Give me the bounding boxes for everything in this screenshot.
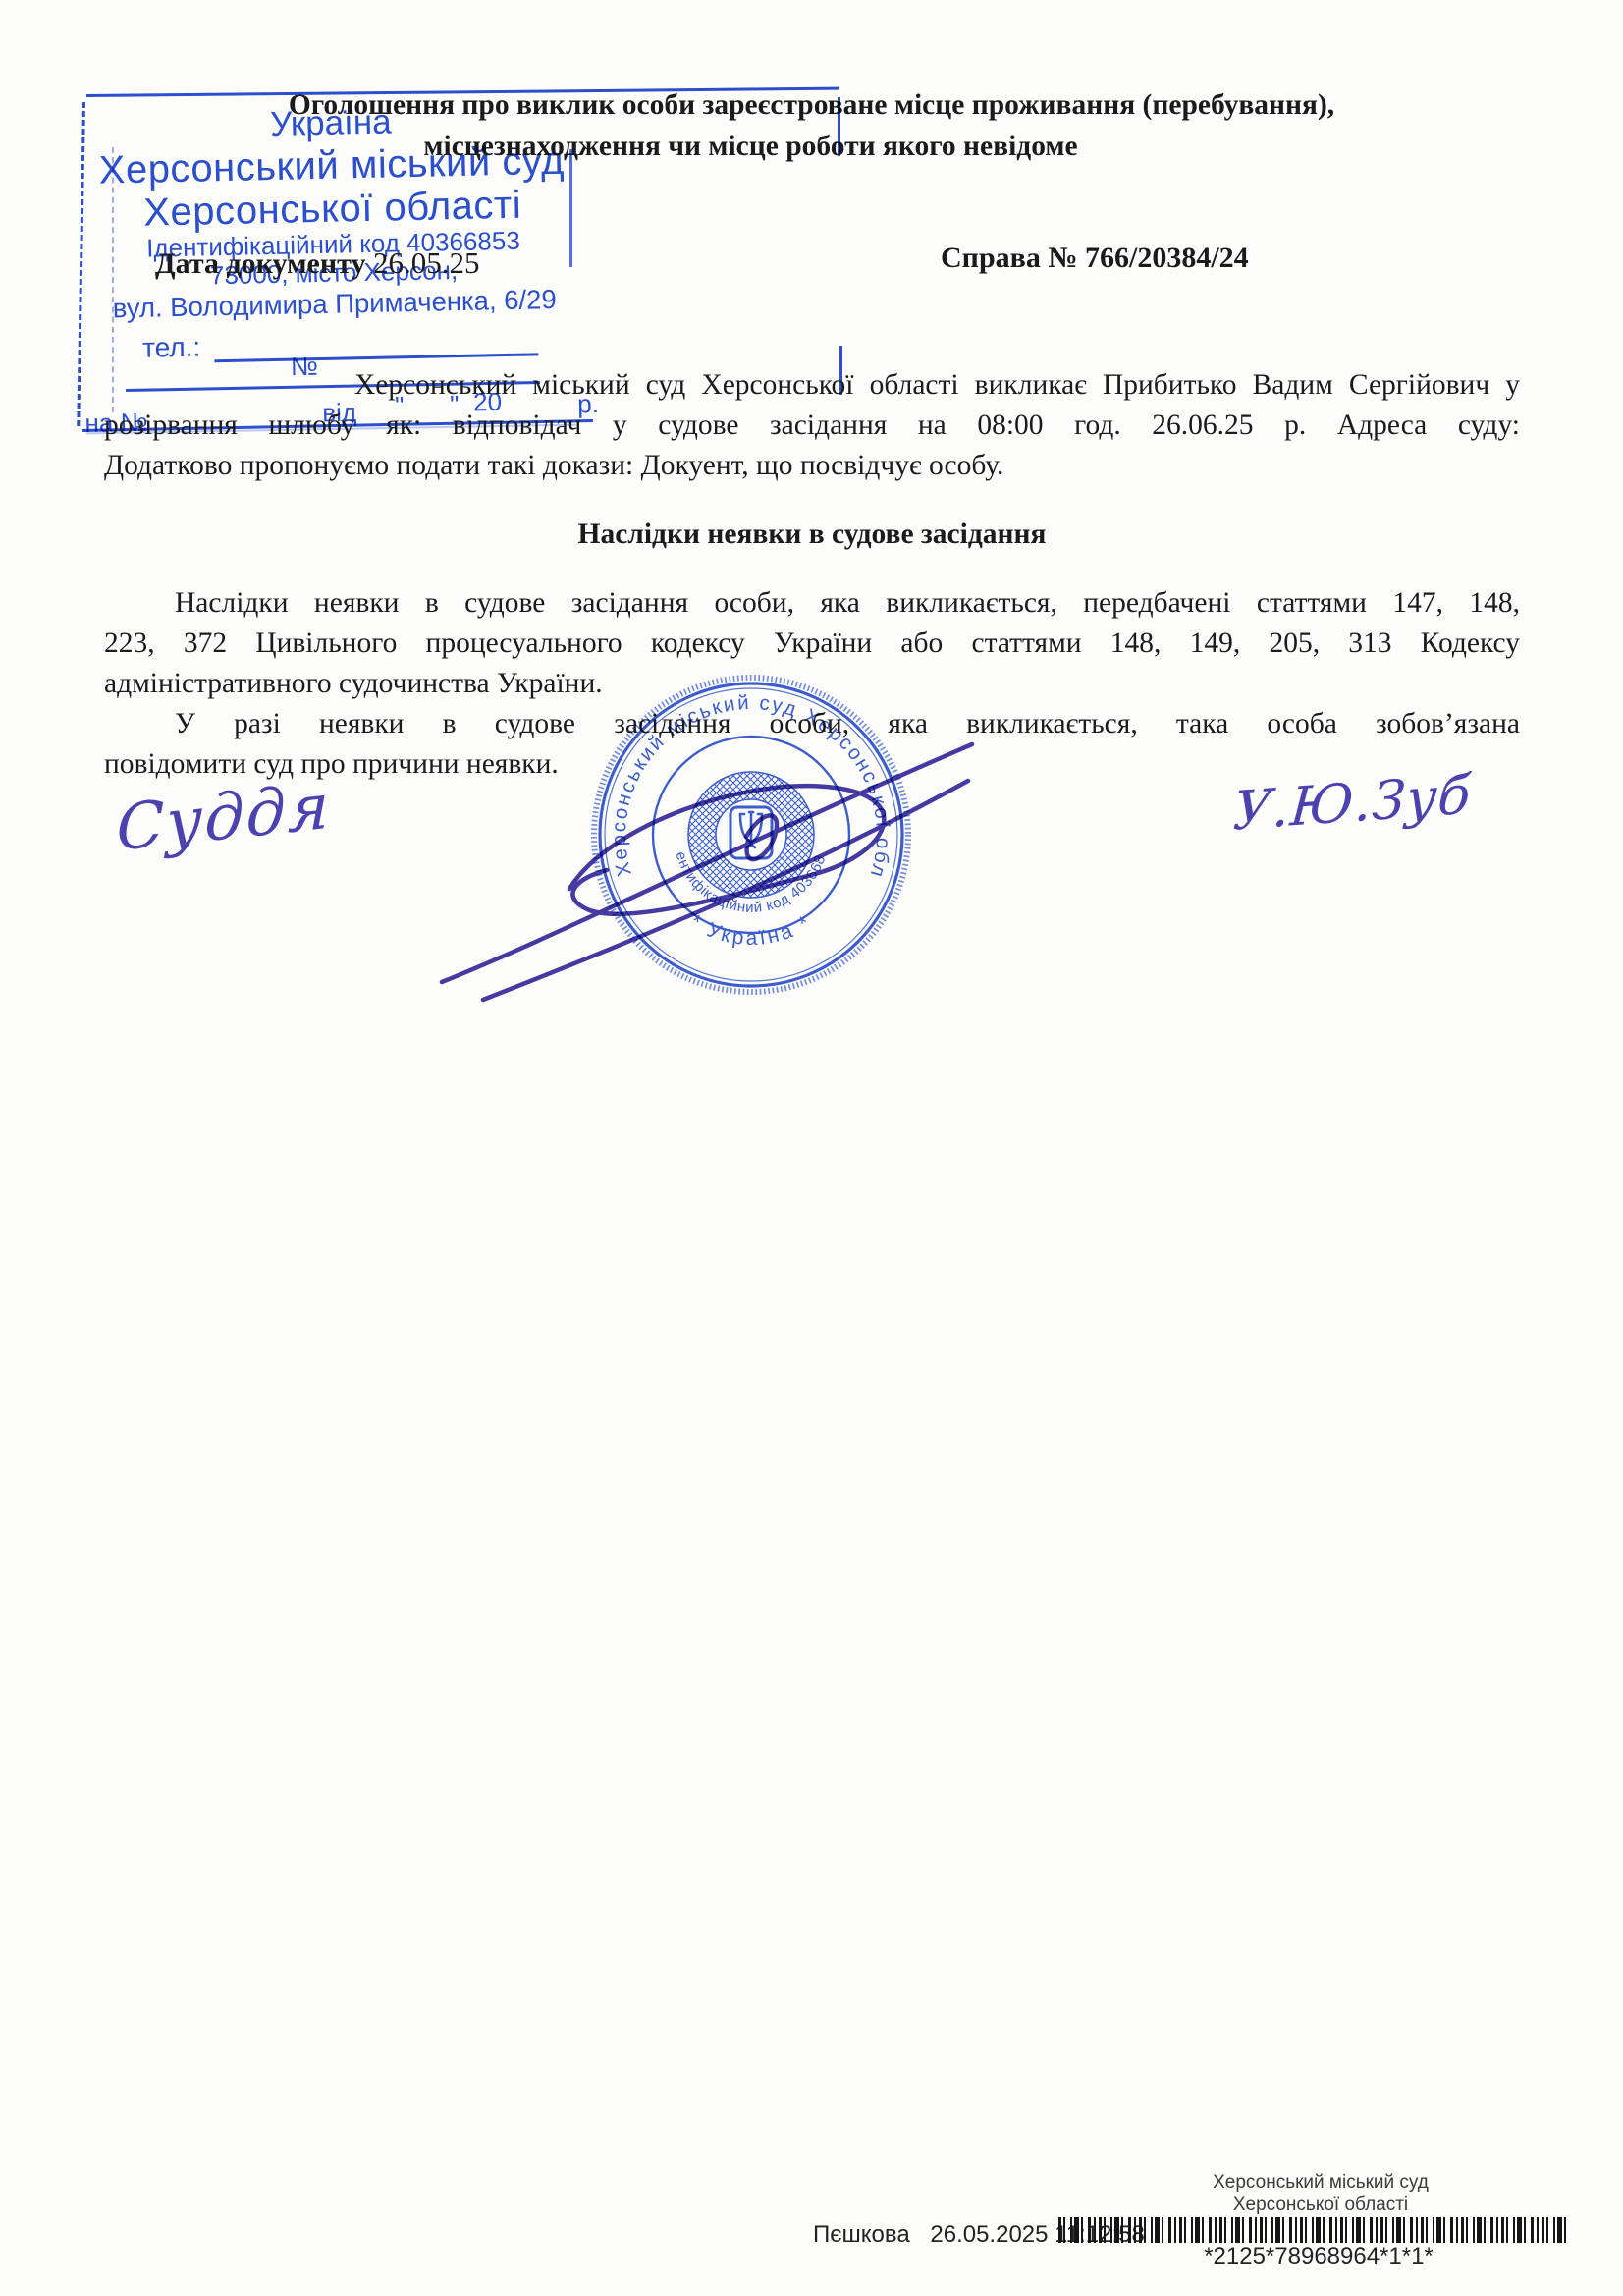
judge-ink-signature [422,687,992,1011]
paragraph1-line3: Додатково пропонуємо подати такі докази:… [104,446,1520,486]
section-heading: Наслідки неявки в судове засідання [104,515,1520,555]
footer-court-line2: Херсонської області [1124,2194,1517,2215]
date-value: 26.05.25 [373,246,480,280]
clerk-name: Пєшкова [813,2221,910,2248]
stamp-phone-row: тел.: [87,319,584,365]
barcode-value: *2125*78968964*1*1* [1122,2243,1515,2270]
paragraph1-line1: Херсонський міський суд Херсонської обла… [104,365,1520,406]
barcode [1058,2217,1569,2243]
stamp-phone-blank-line [214,325,539,362]
paragraph1-line2: розірвання шлюбу як: відповідач у судове… [104,406,1520,446]
paragraph2-line1: Наслідки неявки в судове засідання особи… [104,583,1520,624]
date-label: Дата документу [155,247,365,280]
court-notice-document: Оголошення про виклик особи зареєстрован… [0,0,1623,2296]
footer-court-line1: Херсонський міський суд [1124,2172,1517,2194]
document-date-line: Дата документу 26.05.25 [155,246,479,281]
stamp-text-block: Україна Херсонський міський суд Херсонсь… [82,97,583,365]
footer-court-name: Херсонський міський суд Херсонської обла… [1124,2172,1517,2215]
case-label: Справа № [941,242,1077,274]
case-number: 766/20384/24 [1085,242,1249,274]
stamp-phone-label: тел.: [142,332,201,364]
stamp-border-right-upper [838,97,840,156]
paragraph2-line2: 223, 372 Цивільного процесуального кодек… [104,624,1520,664]
case-number-line: Справа № 766/20384/24 [941,242,1249,275]
